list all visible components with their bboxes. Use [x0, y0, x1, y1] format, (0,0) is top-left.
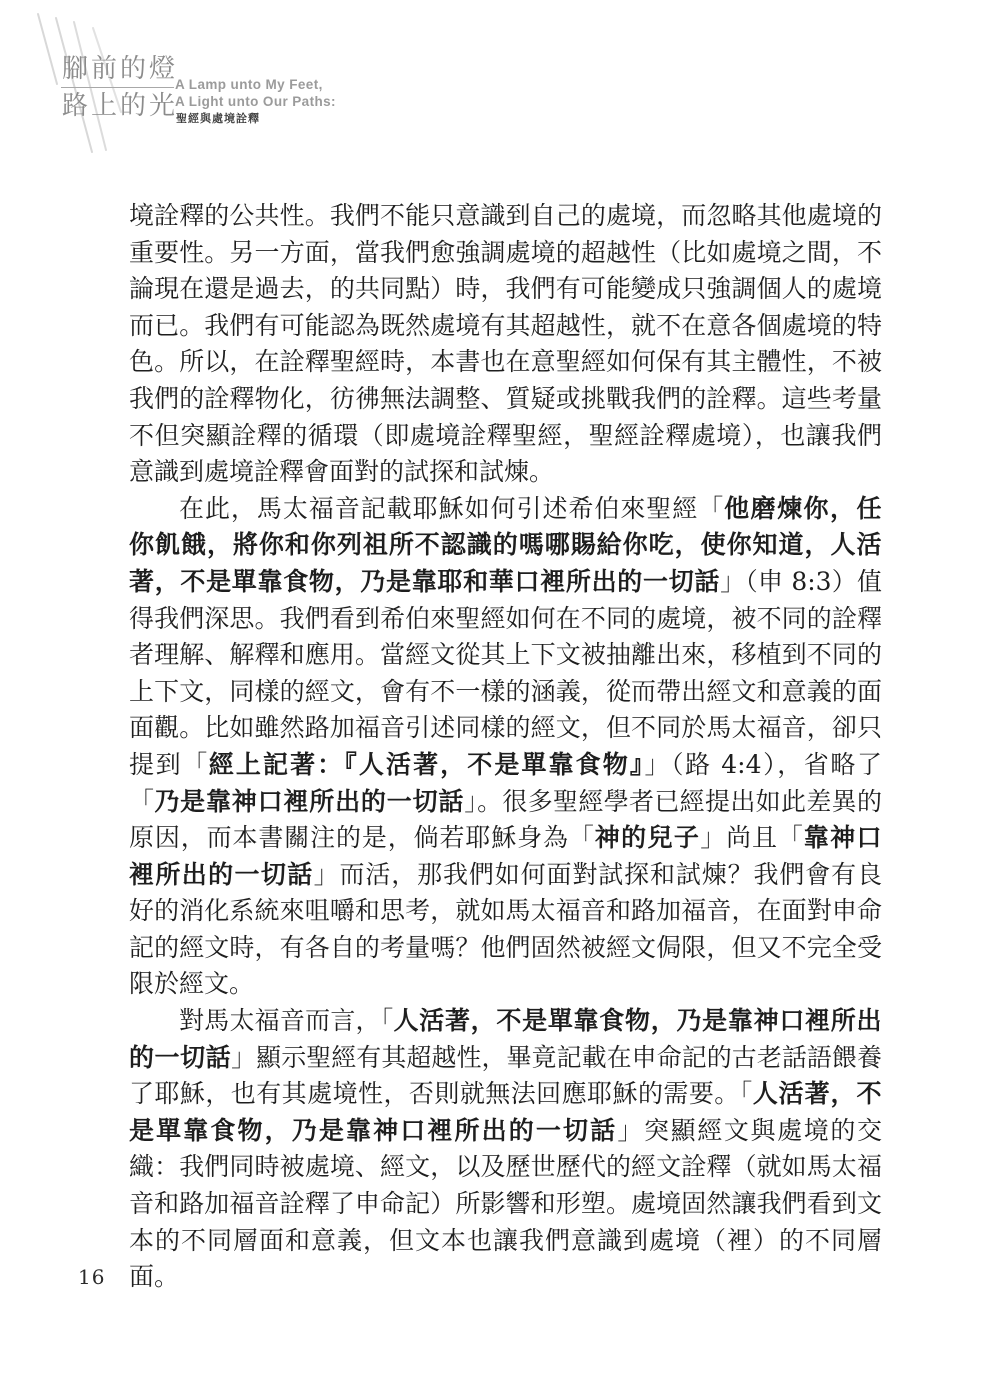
text-run-normal: 」（申 8:3）值得我們深思。我們看到希伯來聖經如何在不同的處境，被不同的詮釋者… — [129, 567, 882, 779]
body-text: 境詮釋的公共性。我們不能只意識到自己的處境，而忽略其他處境的重要性。另一方面，當… — [129, 198, 882, 1296]
text-run-kai: 乃是靠神口裡所出的一切話 — [154, 787, 464, 816]
book-title-english-line2: A Light unto Our Paths: — [175, 94, 336, 111]
logo-divider-line — [61, 87, 174, 88]
text-run-kai: 神的兒子 — [595, 823, 701, 852]
text-run-normal: 在此，馬太福音記載耶穌如何引述希伯來聖經「 — [179, 494, 724, 523]
book-page: 腳前的燈 路上的光 A Lamp unto My Feet, A Light u… — [0, 0, 1000, 1380]
text-run-normal: 境詮釋的公共性。我們不能只意識到自己的處境，而忽略其他處境的重要性。另一方面，當… — [129, 201, 882, 486]
page-number: 16 — [78, 1265, 105, 1289]
book-subtitle-chinese: 聖經與處境詮釋 — [176, 110, 260, 126]
text-run-kai: 經上記著：『人活著，不是單靠食物』 — [209, 750, 645, 779]
paragraph: 對馬太福音而言，「人活著，不是單靠食物，乃是靠神口裡所出的一切話」顯示聖經有其超… — [129, 1003, 882, 1296]
paragraph: 境詮釋的公共性。我們不能只意識到自己的處境，而忽略其他處境的重要性。另一方面，當… — [129, 198, 882, 491]
book-title-english: A Lamp unto My Feet, A Light unto Our Pa… — [175, 77, 336, 110]
book-logo-line1: 腳前的燈 — [62, 50, 178, 87]
text-run-normal: 對馬太福音而言，「 — [179, 1006, 394, 1035]
paragraph: 在此，馬太福音記載耶穌如何引述希伯來聖經「他磨煉你，任你飢餓，將你和你列祖所不認… — [129, 491, 882, 1003]
text-run-normal: 」尚且「 — [700, 823, 804, 852]
book-logo-line2: 路上的光 — [62, 87, 178, 124]
book-title-english-line1: A Lamp unto My Feet, — [175, 77, 336, 94]
